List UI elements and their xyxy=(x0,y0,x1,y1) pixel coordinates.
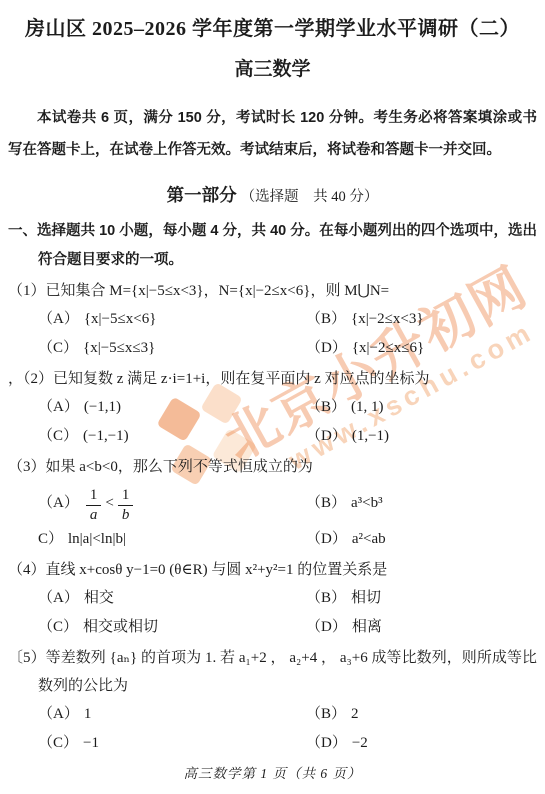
question-1-stem: （1）已知集合 M={x|−5≤x<3}，N={x|−2≤x<6}，则 M⋃N= xyxy=(8,277,537,305)
page-subtitle: 高三数学 xyxy=(8,58,537,82)
question-3-option-d: （D）a²<ab xyxy=(306,525,537,554)
fraction-numerator: 1 xyxy=(86,487,102,506)
exam-page: 北京小升初网 www.xschu.com 房山区 2025–2026 学年度第一… xyxy=(0,0,545,794)
option-label: C） xyxy=(38,531,63,547)
fraction-denominator: a xyxy=(86,506,102,523)
question-4: （4）直线 x+cosθ y−1=0 (θ∈R) 与圆 x²+y²=1 的位置关… xyxy=(8,556,537,642)
fraction: 1b xyxy=(118,487,134,523)
option-text: {x|−2≤x<3} xyxy=(351,311,424,327)
option-text: 1 xyxy=(84,706,92,722)
question-2: ，（2）已知复数 z 满足 z·i=1+i，则在复平面内 z 对应点的坐标为 （… xyxy=(8,365,537,451)
question-4-stem: （4）直线 x+cosθ y−1=0 (θ∈R) 与圆 x²+y²=1 的位置关… xyxy=(8,556,537,584)
option-text: (−1,1) xyxy=(84,399,121,415)
question-3-option-b: （B）a³<b³ xyxy=(306,481,537,525)
question-5: 〔5）等差数列 {aₙ} 的首项为 1. 若 a₁+2 ， a₂+4 ， a₃+… xyxy=(8,644,537,758)
option-label: （D） xyxy=(306,531,347,547)
option-label: （C） xyxy=(38,619,78,635)
question-3: （3）如果 a<b<0，那么下列不等式恒成立的为 （A）1a<1b （B）a³<… xyxy=(8,453,537,554)
option-label: （B） xyxy=(306,590,346,606)
exam-instructions: 本试卷共 6 页，满分 150 分，考试时长 120 分钟。考生务必将答案填涂或… xyxy=(8,102,537,166)
question-1-option-b: （B）{x|−2≤x<3} xyxy=(306,305,537,334)
option-text: (1, 1) xyxy=(351,399,384,415)
option-text: 相交 xyxy=(84,590,114,606)
fraction-numerator: 1 xyxy=(118,487,134,506)
question-1-option-a: （A）{x|−5≤x<6} xyxy=(38,305,306,334)
option-text: 相离 xyxy=(352,619,382,635)
option-label: （C） xyxy=(38,428,78,444)
question-4-option-d: （D）相离 xyxy=(306,613,537,642)
question-2-options: （A）(−1,1) （B）(1, 1) （C）(−1,−1) （D）(1,−1) xyxy=(8,393,537,451)
section-header: 第一部分 （选择题 共 40 分） xyxy=(8,182,537,210)
question-2-stem: ，（2）已知复数 z 满足 z·i=1+i，则在复平面内 z 对应点的坐标为 xyxy=(8,365,537,393)
option-text: 相交或相切 xyxy=(83,619,158,635)
question-3-stem: （3）如果 a<b<0，那么下列不等式恒成立的为 xyxy=(8,453,537,481)
question-5-stem: 〔5）等差数列 {aₙ} 的首项为 1. 若 a₁+2 ， a₂+4 ， a₃+… xyxy=(8,644,537,700)
question-2-option-c: （C）(−1,−1) xyxy=(38,422,306,451)
option-label: （D） xyxy=(306,428,347,444)
question-1: （1）已知集合 M={x|−5≤x<3}，N={x|−2≤x<6}，则 M⋃N=… xyxy=(8,277,537,363)
option-label: （A） xyxy=(38,399,79,415)
question-5-options: （A）1 （B）2 （C）−1 （D）−2 xyxy=(8,700,537,758)
option-text: 相切 xyxy=(351,590,381,606)
question-2-option-b: （B）(1, 1) xyxy=(306,393,537,422)
option-label: （B） xyxy=(306,311,346,327)
option-text: −1 xyxy=(83,735,99,751)
section-title: 第一部分 xyxy=(167,185,237,205)
option-label: （B） xyxy=(306,706,346,722)
option-label: （B） xyxy=(306,399,346,415)
option-text: ln|a|<ln|b| xyxy=(68,531,126,547)
option-text: 2 xyxy=(351,706,359,722)
fraction-denominator: b xyxy=(118,506,134,523)
question-2-option-d: （D）(1,−1) xyxy=(306,422,537,451)
question-5-option-d: （D）−2 xyxy=(306,729,537,758)
question-3-option-c: C）ln|a|<ln|b| xyxy=(38,525,306,554)
option-label: （D） xyxy=(306,735,347,751)
option-label: （D） xyxy=(306,619,347,635)
option-label: （A） xyxy=(38,590,79,606)
question-4-options: （A）相交 （B）相切 （C）相交或相切 （D）相离 xyxy=(8,584,537,642)
option-label: （D） xyxy=(306,340,347,356)
section-subtitle: （选择题 共 40 分） xyxy=(241,189,379,205)
page-footer: 高三数学第 1 页（共 6 页） xyxy=(0,762,545,782)
option-label: （B） xyxy=(306,495,346,511)
question-4-option-a: （A）相交 xyxy=(38,584,306,613)
fraction: 1a xyxy=(86,487,102,523)
option-label: （A） xyxy=(38,311,79,327)
option-text: {x|−2≤x≤6} xyxy=(352,340,424,356)
relation-symbol: < xyxy=(105,495,113,511)
question-3-options: （A）1a<1b （B）a³<b³ C）ln|a|<ln|b| （D）a²<ab xyxy=(8,481,537,554)
option-text: a²<ab xyxy=(352,531,386,547)
question-5-option-b: （B）2 xyxy=(306,700,537,729)
option-label: （C） xyxy=(38,735,78,751)
exam-content: 房山区 2025–2026 学年度第一学期学业水平调研（二） 高三数学 本试卷共… xyxy=(0,0,545,758)
question-5-option-c: （C）−1 xyxy=(38,729,306,758)
option-text: −2 xyxy=(352,735,368,751)
question-3-option-a: （A）1a<1b xyxy=(38,481,306,525)
question-4-option-c: （C）相交或相切 xyxy=(38,613,306,642)
section-directions: 一、选择题共 10 小题，每小题 4 分，共 40 分。在每小题列出的四个选项中… xyxy=(8,217,537,275)
option-label: （A） xyxy=(38,495,79,511)
question-5-option-a: （A）1 xyxy=(38,700,306,729)
question-1-option-d: （D）{x|−2≤x≤6} xyxy=(306,334,537,363)
question-1-options: （A）{x|−5≤x<6} （B）{x|−2≤x<3} （C）{x|−5≤x≤3… xyxy=(8,305,537,363)
question-2-option-a: （A）(−1,1) xyxy=(38,393,306,422)
option-text: {x|−5≤x≤3} xyxy=(83,340,155,356)
question-4-option-b: （B）相切 xyxy=(306,584,537,613)
option-text: {x|−5≤x<6} xyxy=(84,311,157,327)
option-text: a³<b³ xyxy=(351,495,383,511)
option-text: (−1,−1) xyxy=(83,428,129,444)
page-title: 房山区 2025–2026 学年度第一学期学业水平调研（二） xyxy=(8,16,537,42)
option-label: （C） xyxy=(38,340,78,356)
option-text: (1,−1) xyxy=(352,428,389,444)
question-1-option-c: （C）{x|−5≤x≤3} xyxy=(38,334,306,363)
option-label: （A） xyxy=(38,706,79,722)
